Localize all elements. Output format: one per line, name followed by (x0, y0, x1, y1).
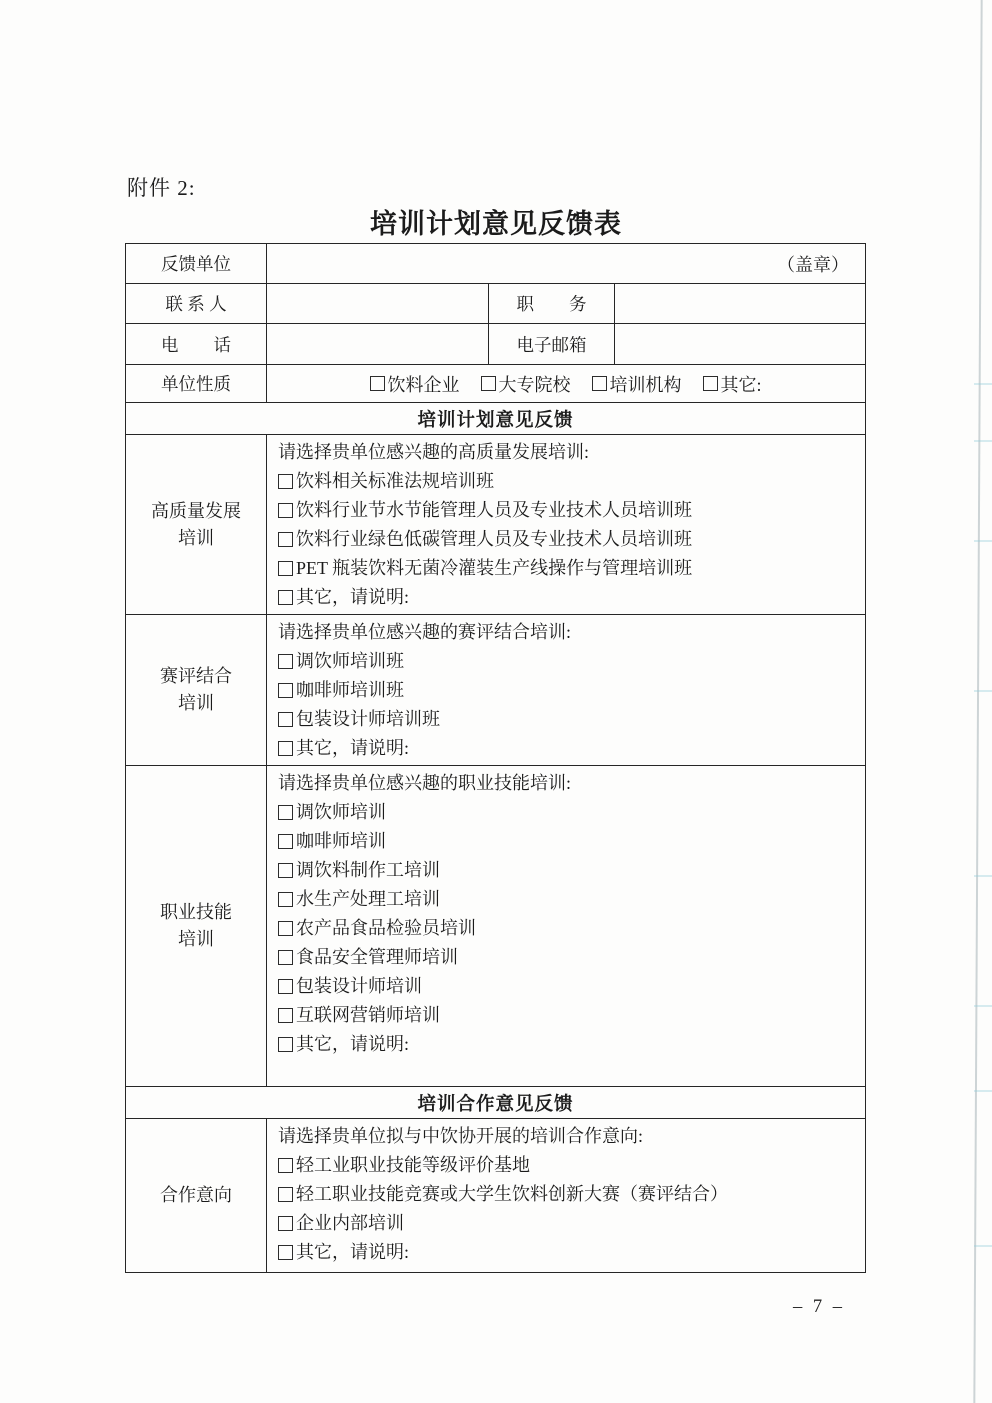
checkbox-option: 企业内部培训 (278, 1209, 857, 1238)
checkbox-option: PET 瓶装饮料无菌冷灌装生产线操作与管理培训班 (278, 554, 857, 583)
checkbox-icon (278, 474, 293, 489)
checkbox-option-label: 其它，请说明: (296, 734, 409, 763)
feedback-form-table: 反馈单位 （盖章） 联 系 人 职 务 电 话 电子邮箱 单位性质 饮料企 (125, 243, 866, 1273)
checkbox-option: 咖啡师培训班 (278, 676, 857, 705)
options-prompt: 请选择贵单位拟与中饮协开展的培训合作意向: (278, 1122, 857, 1151)
checkbox-option: 其它，请说明: (278, 583, 857, 612)
email-value-field (614, 324, 865, 364)
checkbox-option-label: 培训机构 (609, 371, 681, 397)
scan-artifact-tick (974, 690, 992, 692)
checkbox-option-label: 其它，请说明: (296, 583, 409, 612)
checkbox-icon (278, 950, 293, 965)
checkbox-icon (278, 532, 293, 547)
checkbox-option: 培训机构 (592, 371, 681, 397)
options-prompt: 请选择贵单位感兴趣的赛评结合培训: (278, 618, 857, 647)
checkbox-option: 互联网营销师培训 (278, 1001, 857, 1030)
contact-label: 联 系 人 (126, 284, 266, 323)
checkbox-icon (278, 590, 293, 605)
checkbox-icon (481, 376, 496, 391)
checkbox-option: 其它，请说明: (278, 1030, 857, 1059)
seal-note: （盖章） (777, 251, 849, 277)
checkbox-option: 调饮师培训班 (278, 647, 857, 676)
checkbox-option-label: 其它: (720, 371, 761, 397)
checkbox-icon (278, 1245, 293, 1260)
checkbox-option-label: 咖啡师培训 (296, 827, 386, 856)
checkbox-option: 饮料行业绿色低碳管理人员及专业技术人员培训班 (278, 525, 857, 554)
checkbox-icon (278, 503, 293, 518)
checkbox-icon (278, 654, 293, 669)
checkbox-option-label: 轻工业职业技能等级评价基地 (296, 1151, 530, 1180)
checkbox-option: 轻工职业技能竞赛或大学生饮料创新大赛（赛评结合） (278, 1180, 857, 1209)
vocational-options-cell: 请选择贵单位感兴趣的职业技能培训: 调饮师培训 咖啡师培训 调饮料制作工培训 水… (266, 766, 865, 1086)
feedback-unit-label: 反馈单位 (126, 244, 266, 283)
checkbox-option-label: 大专院校 (498, 371, 570, 397)
checkbox-icon (278, 683, 293, 698)
checkbox-icon (278, 1187, 293, 1202)
row-unit-type: 单位性质 饮料企业 大专院校 培训机构 其它: (126, 364, 865, 402)
checkbox-option-label: 饮料行业绿色低碳管理人员及专业技术人员培训班 (296, 525, 692, 554)
high-quality-options-cell: 请选择贵单位感兴趣的高质量发展培训: 饮料相关标准法规培训班 饮料行业节水节能管… (266, 435, 865, 614)
checkbox-option-label: 其它，请说明: (296, 1238, 409, 1267)
category-label-competition: 赛评结合 培训 (126, 615, 266, 765)
phone-value-field (266, 324, 488, 364)
checkbox-option: 农产品食品检验员培训 (278, 914, 857, 943)
scanned-document-page: 附件 2: 培训计划意见反馈表 反馈单位 （盖章） 联 系 人 职 务 电 话 … (0, 0, 992, 1403)
position-value-field (614, 284, 865, 323)
training-options-list: 调饮师培训 咖啡师培训 调饮料制作工培训 水生产处理工培训 农产品食品检验员培训… (278, 798, 857, 1059)
checkbox-option: 饮料企业 (370, 371, 459, 397)
training-options-list: 调饮师培训班 咖啡师培训班 包装设计师培训班 其它，请说明: (278, 647, 857, 763)
email-label: 电子邮箱 (488, 324, 614, 364)
checkbox-option-label: 包装设计师培训班 (296, 705, 440, 734)
scan-artifact-tick (974, 1245, 992, 1247)
checkbox-icon (278, 892, 293, 907)
row-feedback-unit: 反馈单位 （盖章） (126, 244, 865, 283)
scan-artifact-tick (974, 440, 992, 442)
checkbox-icon (278, 712, 293, 727)
attachment-label: 附件 2: (127, 172, 196, 202)
checkbox-option: 其它，请说明: (278, 734, 857, 763)
contact-value-field (266, 284, 488, 323)
checkbox-option: 其它: (703, 371, 761, 397)
checkbox-option: 包装设计师培训班 (278, 705, 857, 734)
competition-options-cell: 请选择贵单位感兴趣的赛评结合培训: 调饮师培训班 咖啡师培训班 包装设计师培训班… (266, 615, 865, 765)
checkbox-option-label: 饮料行业节水节能管理人员及专业技术人员培训班 (296, 496, 692, 525)
checkbox-option-label: 饮料企业 (387, 371, 459, 397)
checkbox-icon (278, 1216, 293, 1231)
section-header-training-plan: 培训计划意见反馈 (126, 402, 865, 434)
category-label-high-quality: 高质量发展 培训 (126, 435, 266, 614)
checkbox-icon (278, 1008, 293, 1023)
options-prompt: 请选择贵单位感兴趣的高质量发展培训: (278, 438, 857, 467)
page-title: 培训计划意见反馈表 (0, 202, 992, 241)
checkbox-option-label: 饮料相关标准法规培训班 (296, 467, 494, 496)
scan-artifact-tick (974, 383, 992, 385)
category-label-cooperation: 合作意向 (126, 1119, 266, 1272)
checkbox-icon (278, 741, 293, 756)
checkbox-option: 水生产处理工培训 (278, 885, 857, 914)
category-label-vocational: 职业技能 培训 (126, 766, 266, 1086)
checkbox-icon (278, 805, 293, 820)
unit-type-options: 饮料企业 大专院校 培训机构 其它: (266, 365, 865, 402)
checkbox-option-label: 其它，请说明: (296, 1030, 409, 1059)
feedback-unit-value-field: （盖章） (266, 244, 865, 283)
options-prompt: 请选择贵单位感兴趣的职业技能培训: (278, 769, 857, 798)
checkbox-option: 包装设计师培训 (278, 972, 857, 1001)
checkbox-option: 咖啡师培训 (278, 827, 857, 856)
phone-label: 电 话 (126, 324, 266, 364)
training-options-list: 饮料相关标准法规培训班 饮料行业节水节能管理人员及专业技术人员培训班 饮料行业绿… (278, 467, 857, 612)
checkbox-option: 大专院校 (481, 371, 570, 397)
checkbox-icon (278, 1037, 293, 1052)
row-competition-training: 赛评结合 培训 请选择贵单位感兴趣的赛评结合培训: 调饮师培训班 咖啡师培训班 … (126, 614, 865, 765)
training-options-list: 轻工业职业技能等级评价基地 轻工职业技能竞赛或大学生饮料创新大赛（赛评结合） 企… (278, 1151, 857, 1267)
checkbox-icon (278, 863, 293, 878)
checkbox-icon (703, 376, 718, 391)
checkbox-option: 轻工业职业技能等级评价基地 (278, 1151, 857, 1180)
row-cooperation-intent: 合作意向 请选择贵单位拟与中饮协开展的培训合作意向: 轻工业职业技能等级评价基地… (126, 1118, 865, 1272)
checkbox-option-label: 互联网营销师培训 (296, 1001, 440, 1030)
checkbox-option: 其它，请说明: (278, 1238, 857, 1267)
checkbox-option-label: 食品安全管理师培训 (296, 943, 458, 972)
checkbox-option: 调饮师培训 (278, 798, 857, 827)
checkbox-icon (278, 561, 293, 576)
checkbox-option-label: 农产品食品检验员培训 (296, 914, 476, 943)
checkbox-option-label: 调饮师培训 (296, 798, 386, 827)
checkbox-option-label: PET 瓶装饮料无菌冷灌装生产线操作与管理培训班 (296, 554, 692, 583)
checkbox-option-label: 包装设计师培训 (296, 972, 422, 1001)
checkbox-option: 调饮料制作工培训 (278, 856, 857, 885)
row-high-quality-training: 高质量发展 培训 请选择贵单位感兴趣的高质量发展培训: 饮料相关标准法规培训班 … (126, 434, 865, 614)
scan-artifact-tick (974, 540, 992, 542)
checkbox-option-label: 调饮料制作工培训 (296, 856, 440, 885)
checkbox-option: 饮料相关标准法规培训班 (278, 467, 857, 496)
checkbox-option-label: 调饮师培训班 (296, 647, 404, 676)
checkbox-icon (278, 979, 293, 994)
checkbox-icon (592, 376, 607, 391)
checkbox-option-label: 水生产处理工培训 (296, 885, 440, 914)
position-label: 职 务 (488, 284, 614, 323)
checkbox-icon (278, 921, 293, 936)
checkbox-option-label: 咖啡师培训班 (296, 676, 404, 705)
section-header-cooperation: 培训合作意见反馈 (126, 1086, 865, 1118)
scan-artifact-tick (974, 875, 992, 877)
checkbox-icon (278, 834, 293, 849)
checkbox-option-label: 企业内部培训 (296, 1209, 404, 1238)
row-vocational-skill-training: 职业技能 培训 请选择贵单位感兴趣的职业技能培训: 调饮师培训 咖啡师培训 调饮… (126, 765, 865, 1086)
scan-artifact-tick (974, 1005, 992, 1007)
scan-artifact-tick (974, 1090, 992, 1092)
checkbox-icon (370, 376, 385, 391)
checkbox-icon (278, 1158, 293, 1173)
unit-type-label: 单位性质 (126, 365, 266, 402)
checkbox-option: 饮料行业节水节能管理人员及专业技术人员培训班 (278, 496, 857, 525)
row-contact: 联 系 人 职 务 (126, 283, 865, 323)
row-phone: 电 话 电子邮箱 (126, 323, 865, 364)
cooperation-options-cell: 请选择贵单位拟与中饮协开展的培训合作意向: 轻工业职业技能等级评价基地 轻工职业… (266, 1119, 865, 1272)
checkbox-option-label: 轻工职业技能竞赛或大学生饮料创新大赛（赛评结合） (296, 1180, 728, 1209)
page-number: – 7 – (793, 1297, 845, 1318)
checkbox-option: 食品安全管理师培训 (278, 943, 857, 972)
